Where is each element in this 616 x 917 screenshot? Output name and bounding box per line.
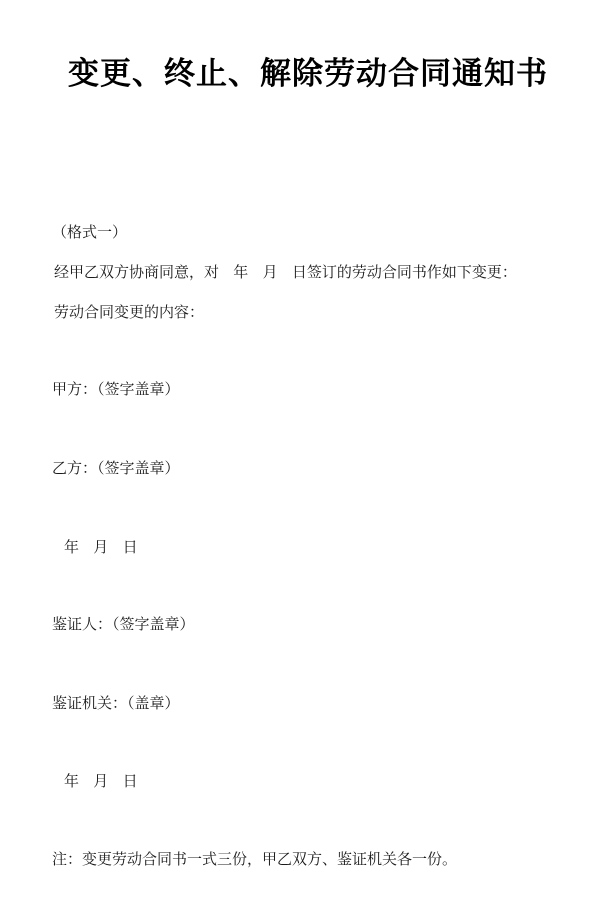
party-b-signature: 乙方：（签字盖章） bbox=[52, 458, 180, 478]
footnote: 注：变更劳动合同书一式三份，甲乙双方、鉴证机关各一份。 bbox=[52, 849, 457, 869]
change-content-label: 劳动合同变更的内容： bbox=[54, 302, 204, 322]
document-title: 变更、终止、解除劳动合同通知书 bbox=[0, 52, 616, 96]
format-label: （格式一） bbox=[52, 222, 127, 242]
party-a-signature: 甲方：（签字盖章） bbox=[52, 379, 180, 399]
intro-sentence: 经甲乙双方协商同意，对 年 月 日签订的劳动合同书作如下变更： bbox=[54, 262, 517, 282]
witness-authority-seal: 鉴证机关：（盖章） bbox=[52, 693, 180, 713]
signature-date-2: 年 月 日 bbox=[64, 771, 138, 791]
witness-signature: 鉴证人：（签字盖章） bbox=[52, 614, 195, 634]
signature-date-1: 年 月 日 bbox=[64, 537, 138, 557]
